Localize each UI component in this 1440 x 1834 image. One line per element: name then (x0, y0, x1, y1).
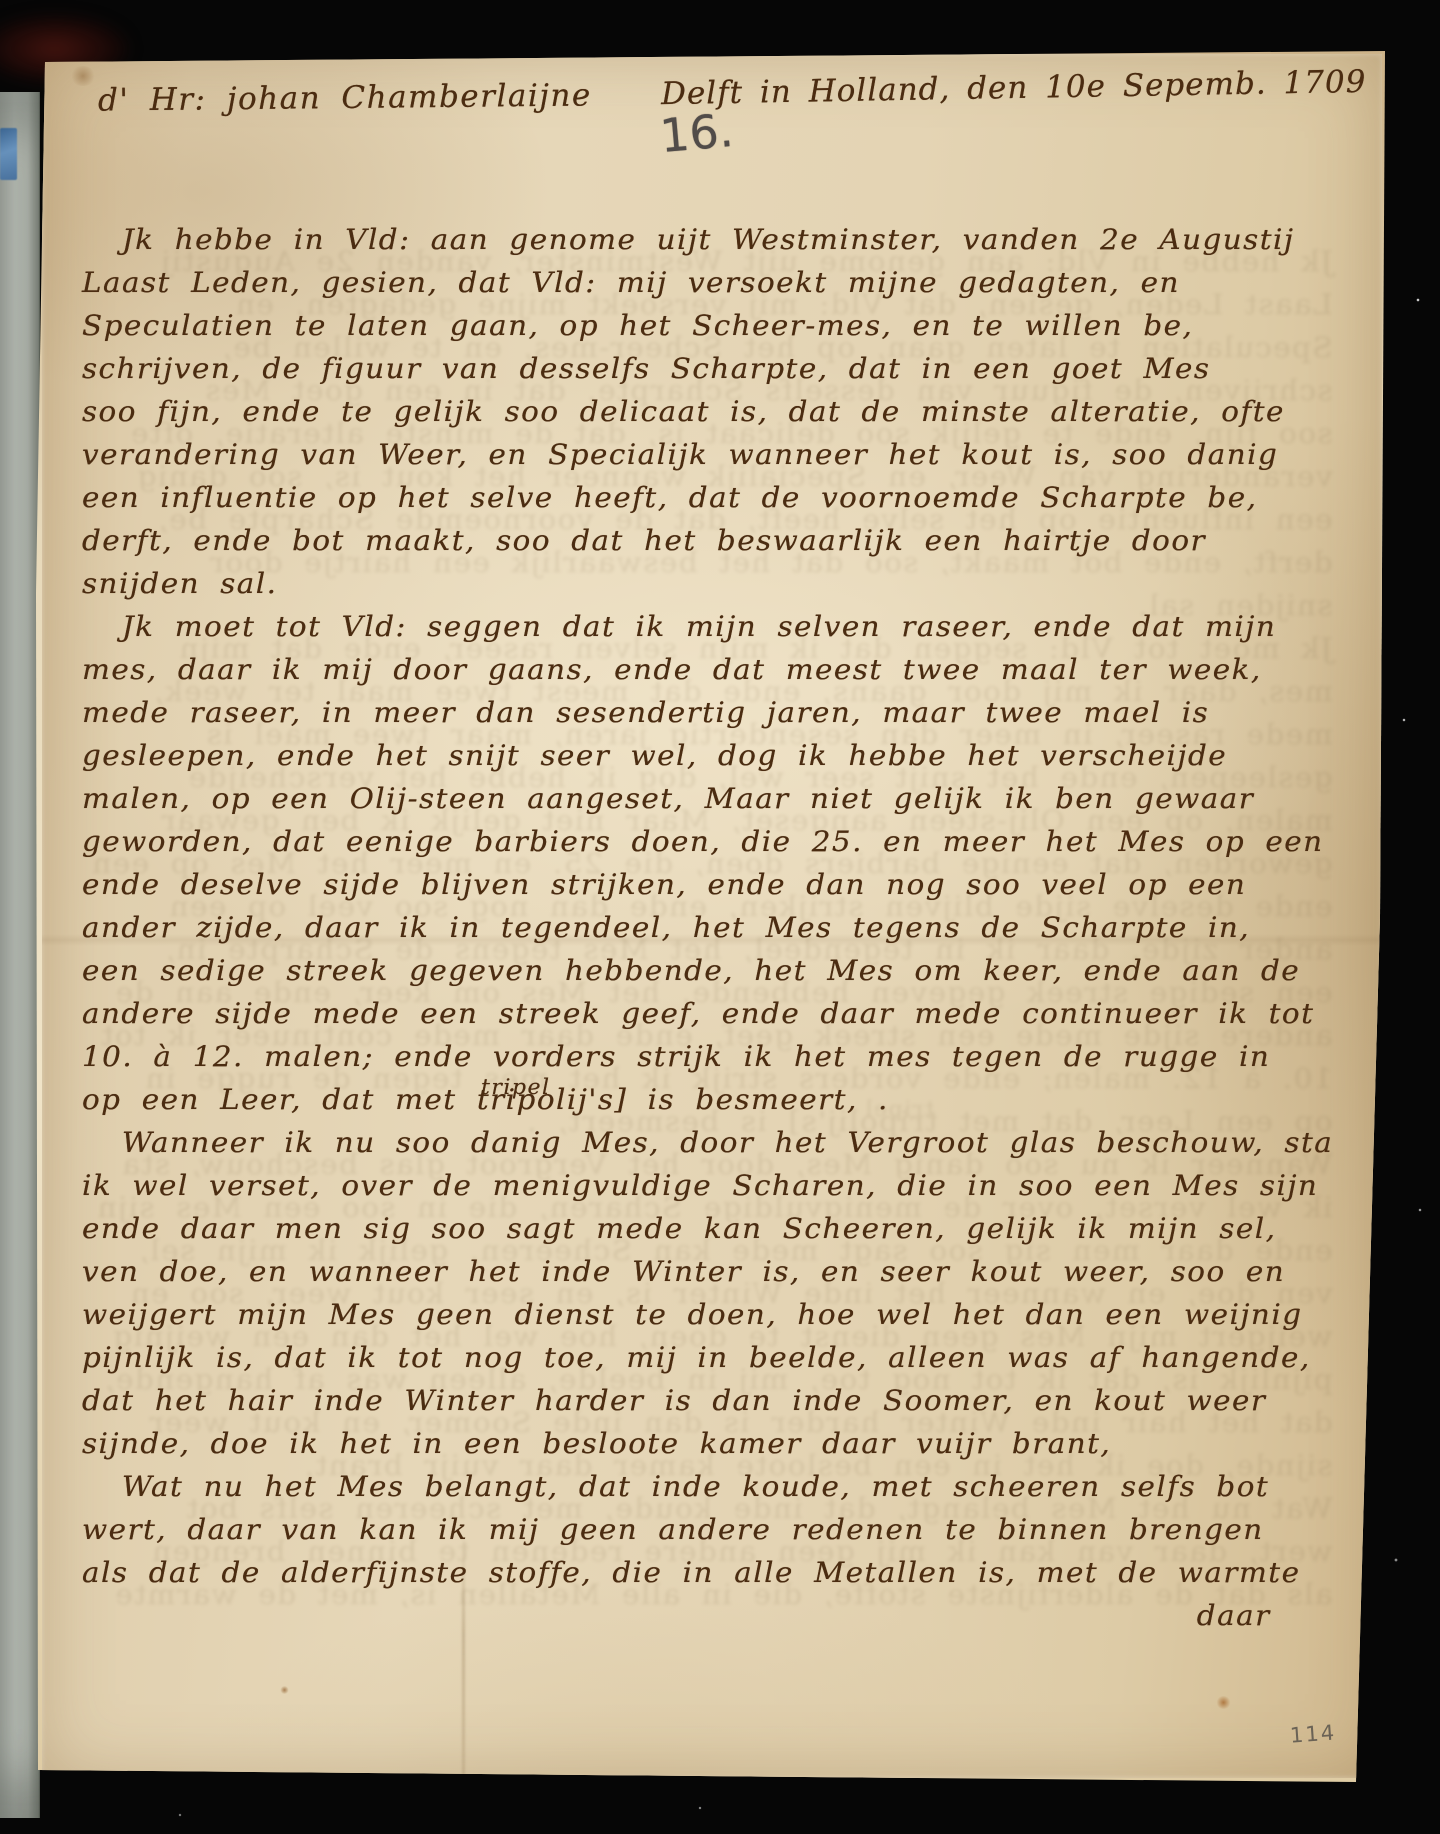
manuscript-line: Laast Leden, gesien, dat Vld: mij versoe… (82, 261, 1363, 304)
pencil-folio-number: 114 (1289, 1720, 1337, 1747)
manuscript-line: pijnlijk is, dat ik tot nog toe, mij in … (82, 1336, 1363, 1379)
manuscript-line: gesleepen, ende het snijt seer wel, dog … (82, 734, 1363, 777)
paragraph: Jk moet tot Vld: seggen dat ik mijn selv… (82, 605, 1363, 1121)
paper-surface: Jk hebbe in Vld: aan genome uijt Westmin… (42, 54, 1382, 1778)
manuscript-line: ander zijde, daar ik in tegendeel, het M… (82, 906, 1363, 949)
paragraph: Wat nu het Mes belangt, dat inde koude, … (82, 1465, 1363, 1594)
manuscript-line: 10. à 12. malen; ende vorders strijk ik … (82, 1035, 1363, 1078)
addressee-line: d' Hr: johan Chamberlaijne (98, 77, 592, 118)
manuscript-leaf: Jk hebbe in Vld: aan genome uijt Westmin… (36, 48, 1388, 1784)
manuscript-lines: Jk hebbe in Vld: aan genome uijt Westmin… (82, 218, 1363, 1637)
place-date-line: Delft in Holland, den 10e Sepemb. 1709 (660, 64, 1366, 112)
fox-spot (1216, 1696, 1231, 1709)
manuscript-line: sijnde, doe ik het in een besloote kamer… (82, 1422, 1363, 1465)
paragraph: Jk hebbe in Vld: aan genome uijt Westmin… (82, 218, 1363, 605)
fox-spot (280, 1686, 289, 1694)
manuscript-line: Jk hebbe in Vld: aan genome uijt Westmin… (82, 218, 1363, 261)
pencil-page-number: 16. (658, 103, 736, 163)
manuscript-line: andere sijde mede een streek geef, ende … (82, 992, 1363, 1035)
fox-spot (70, 66, 96, 86)
catchword: daar (82, 1594, 1363, 1637)
manuscript-line: op een Leer, dat met tripeltripolij's] i… (82, 1078, 1363, 1121)
manuscript-line: soo fijn, ende te gelijk soo delicaat is… (82, 390, 1363, 433)
manuscript-line: ende deselve sijde blijven strijken, end… (82, 863, 1363, 906)
scanned-letter-page: Jk hebbe in Vld: aan genome uijt Westmin… (0, 0, 1440, 1834)
interlinear-insertion: tripeltripolij's (477, 1078, 615, 1121)
manuscript-line: Jk moet tot Vld: seggen dat ik mijn selv… (82, 605, 1363, 648)
manuscript-line: mes, daar ik mij door gaans, ende dat me… (82, 648, 1363, 691)
manuscript-line: malen, op een Olij-steen aangeset, Maar … (82, 777, 1363, 820)
manuscript-line: verandering van Weer, en Specialijk wann… (82, 433, 1363, 476)
manuscript-line: wert, daar van kan ik mij geen andere re… (82, 1508, 1363, 1551)
manuscript-line: Wat nu het Mes belangt, dat inde koude, … (82, 1465, 1363, 1508)
manuscript-line: geworden, dat eenige barbiers doen, die … (82, 820, 1363, 863)
manuscript-line: een sedige streek gegeven hebbende, het … (82, 949, 1363, 992)
manuscript-line: derft, ende bot maakt, soo dat het beswa… (82, 519, 1363, 562)
manuscript-line: Wanneer ik nu soo danig Mes, door het Ve… (82, 1121, 1363, 1164)
manuscript-line: mede raseer, in meer dan sesendertig jar… (82, 691, 1363, 734)
adjacent-leaf-edge (0, 92, 40, 1818)
manuscript-line: ende daar men sig soo sagt mede kan Sche… (82, 1207, 1363, 1250)
paragraph: Wanneer ik nu soo danig Mes, door het Ve… (82, 1121, 1363, 1465)
manuscript-line: schrijven, de figuur van desselfs Scharp… (82, 347, 1363, 390)
manuscript-line: ven doe, en wanneer het inde Winter is, … (82, 1250, 1363, 1293)
manuscript-line: dat het hair inde Winter harder is dan i… (82, 1379, 1363, 1422)
manuscript-line: ik wel verset, over de menigvuldige Scha… (82, 1164, 1363, 1207)
manuscript-line: snijden sal. (82, 562, 1363, 605)
manuscript-line: als dat de alderfijnste stoffe, die in a… (82, 1551, 1363, 1594)
manuscript-line: Speculatien te laten gaan, op het Scheer… (82, 304, 1363, 347)
manuscript-line: een influentie op het selve heeft, dat d… (82, 476, 1363, 519)
manuscript-line: weijgert mijn Mes geen dienst te doen, h… (82, 1293, 1363, 1336)
blue-paper-fragment (0, 128, 17, 180)
